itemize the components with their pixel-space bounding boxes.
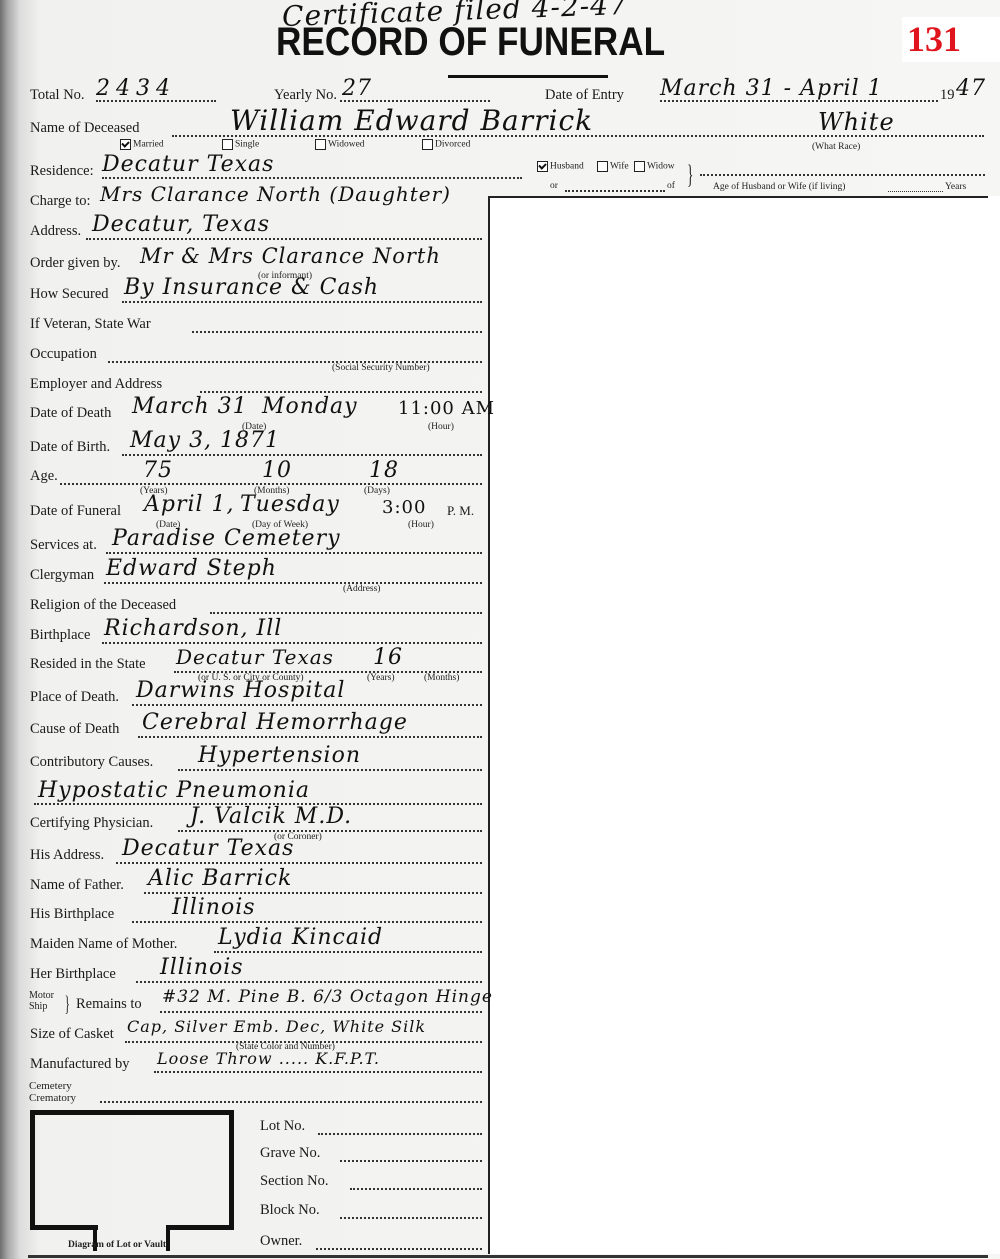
charge-to-value: Mrs Clarance North (Daughter) [100,182,451,206]
resided-label: Resided in the State [30,656,146,673]
marital-married[interactable]: Married [120,139,164,150]
brace: } [687,160,693,190]
age-label: Age. [30,468,58,485]
funeral-ampm: P. M. [447,503,474,519]
date-of-entry-value: March 31 - April 1 [660,76,883,101]
married-checkbox[interactable] [120,139,131,150]
spouse-age-unit: Years [945,182,966,192]
marital-single[interactable]: Single [222,139,259,150]
spouse-husband[interactable]: Husband [537,161,584,172]
year-prefix: 19 [940,87,955,104]
date-of-birth-value: May 3, 1871 [130,428,280,453]
resided-years-sublabel: (Years) [367,673,395,683]
mother-label: Maiden Name of Mother. [30,936,177,953]
deceased-name-value: William Edward Barrick [230,104,593,137]
section-no-label: Section No. [260,1173,328,1190]
place-of-death-value: Darwins Hospital [136,678,345,703]
death-hour-sublabel: (Hour) [428,422,454,432]
how-secured-label: How Secured [30,286,109,303]
casket-label: Size of Casket [30,1026,114,1043]
religion-label: Religion of the Deceased [30,597,176,614]
spouse-age-label: Age of Husband or Wife (if living) [713,182,845,192]
name-of-deceased-label: Name of Deceased [30,120,140,137]
resided-months-sublabel: (Months) [424,673,459,683]
brace-remains: } [65,991,70,1017]
funeral-hour-value: 3:00 [382,497,426,518]
casket-value: Cap, Silver Emb. Dec, White Silk [127,1017,426,1036]
his-birthplace-label: His Birthplace [30,906,114,923]
grave-no-label: Grave No. [260,1145,320,1162]
cause-of-death-label: Cause of Death [30,721,119,738]
services-at-label: Services at. [30,537,97,554]
spouse-or-label: or [550,181,558,191]
charge-to-label: Charge to: [30,193,91,210]
lot-diagram-box [30,1110,234,1230]
widowed-checkbox[interactable] [315,139,326,150]
divorced-checkbox[interactable] [422,139,433,150]
age-days-value: 18 [369,458,399,483]
her-birthplace-value: Illinois [160,955,244,980]
page-title: RECORD OF FUNERAL [276,20,665,65]
title-rule [448,75,608,78]
contributory-value-2: Hypostatic Pneumonia [38,778,310,803]
contributory-value-1: Hypertension [198,743,361,768]
age-months-value: 10 [262,458,292,483]
his-address-value: Decatur Texas [122,836,294,861]
how-secured-value: By Insurance & Cash [124,275,379,300]
ssn-sublabel: (Social Security Number) [332,363,430,373]
birthplace-label: Birthplace [30,627,90,644]
total-no-value: 2434 [96,76,176,101]
spouse-wife[interactable]: Wife [597,161,629,172]
occupation-label: Occupation [30,346,97,363]
residence-value: Decatur Texas [102,152,274,177]
marital-widowed[interactable]: Widowed [315,139,365,150]
funeral-date-value: April 1, [144,492,235,517]
death-date-value: March 31 [132,394,248,419]
date-of-funeral-label: Date of Funeral [30,503,121,520]
marital-divorced[interactable]: Divorced [422,139,470,150]
place-of-death-label: Place of Death. [30,689,119,706]
remains-to-label: Remains to [76,996,142,1013]
father-label: Name of Father. [30,877,124,894]
residence-label: Residence: [30,163,94,180]
remains-to-value: #32 M. Pine B. 6/3 Octagon Hinge [162,987,493,1007]
manufactured-value: Loose Throw ..... K.F.P.T. [157,1049,380,1068]
order-given-by-value: Mr & Mrs Clarance North [140,244,441,268]
widow-checkbox[interactable] [634,161,645,172]
his-address-label: His Address. [30,847,104,864]
race-value: White [818,108,895,136]
date-of-death-label: Date of Death [30,405,111,422]
physician-label: Certifying Physician. [30,815,153,832]
employer-label: Employer and Address [30,376,162,393]
order-given-by-label: Order given by. [30,255,120,272]
lot-diagram-label: Diagram of Lot or Vault [68,1240,166,1250]
funeral-hour-sublabel: (Hour) [408,520,434,530]
spouse-of-label: of [667,181,675,191]
father-value: Alic Barrick [148,866,292,891]
motor-ship-label: MotorShip [29,990,54,1012]
address-label: Address. [30,223,81,240]
clergyman-label: Clergyman [30,567,94,584]
clergyman-address-sublabel: (Address) [343,584,380,594]
resided-place-value: Decatur Texas [176,645,334,669]
mother-value: Lydia Kincaid [218,925,383,950]
clergyman-value: Edward Steph [106,556,277,581]
her-birthplace-label: Her Birthplace [30,966,116,983]
services-at-value: Paradise Cemetery [112,526,341,551]
age-years-value: 75 [143,458,173,483]
cemetery-crematory-label: CemeteryCrematory [29,1080,76,1104]
year-suffix: 47 [956,76,986,101]
resided-years-value: 16 [373,645,403,670]
race-sublabel: (What Race) [812,142,860,152]
yearly-no-value: 27 [342,76,372,101]
date-of-birth-label: Date of Birth. [30,439,110,456]
blank-notes-area [488,196,1000,1254]
spouse-widow[interactable]: Widow [634,161,675,172]
bottom-rule [28,1255,988,1258]
physician-value: J. Valcik M.D. [190,804,352,829]
birthplace-value: Richardson, Ill [104,616,282,641]
days-sublabel: (Days) [364,486,390,496]
address-value: Decatur, Texas [92,212,270,237]
section-divider [488,196,988,198]
funeral-record-page: Certificate filed 4-2-47 RECORD OF FUNER… [0,0,1000,1259]
manufactured-label: Manufactured by [30,1056,129,1073]
cause-of-death-value: Cerebral Hemorrhage [142,710,408,735]
total-no-label: Total No. [30,87,85,104]
yearly-no-label: Yearly No. [274,87,337,104]
veteran-label: If Veteran, State War [30,316,151,333]
death-day-value: Monday [262,394,358,419]
page-number: 131 [907,18,961,60]
death-hour-value: 11:00 AM [398,398,495,419]
owner-label: Owner. [260,1233,302,1250]
wife-checkbox[interactable] [597,161,608,172]
his-birthplace-value: Illinois [172,895,256,920]
block-no-label: Block No. [260,1202,320,1219]
funeral-day-value: Tuesday [240,492,340,517]
single-checkbox[interactable] [222,139,233,150]
contributory-label: Contributory Causes. [30,754,153,771]
husband-checkbox[interactable] [537,161,548,172]
date-of-entry-label: Date of Entry [545,87,624,104]
lot-no-label: Lot No. [260,1118,305,1135]
